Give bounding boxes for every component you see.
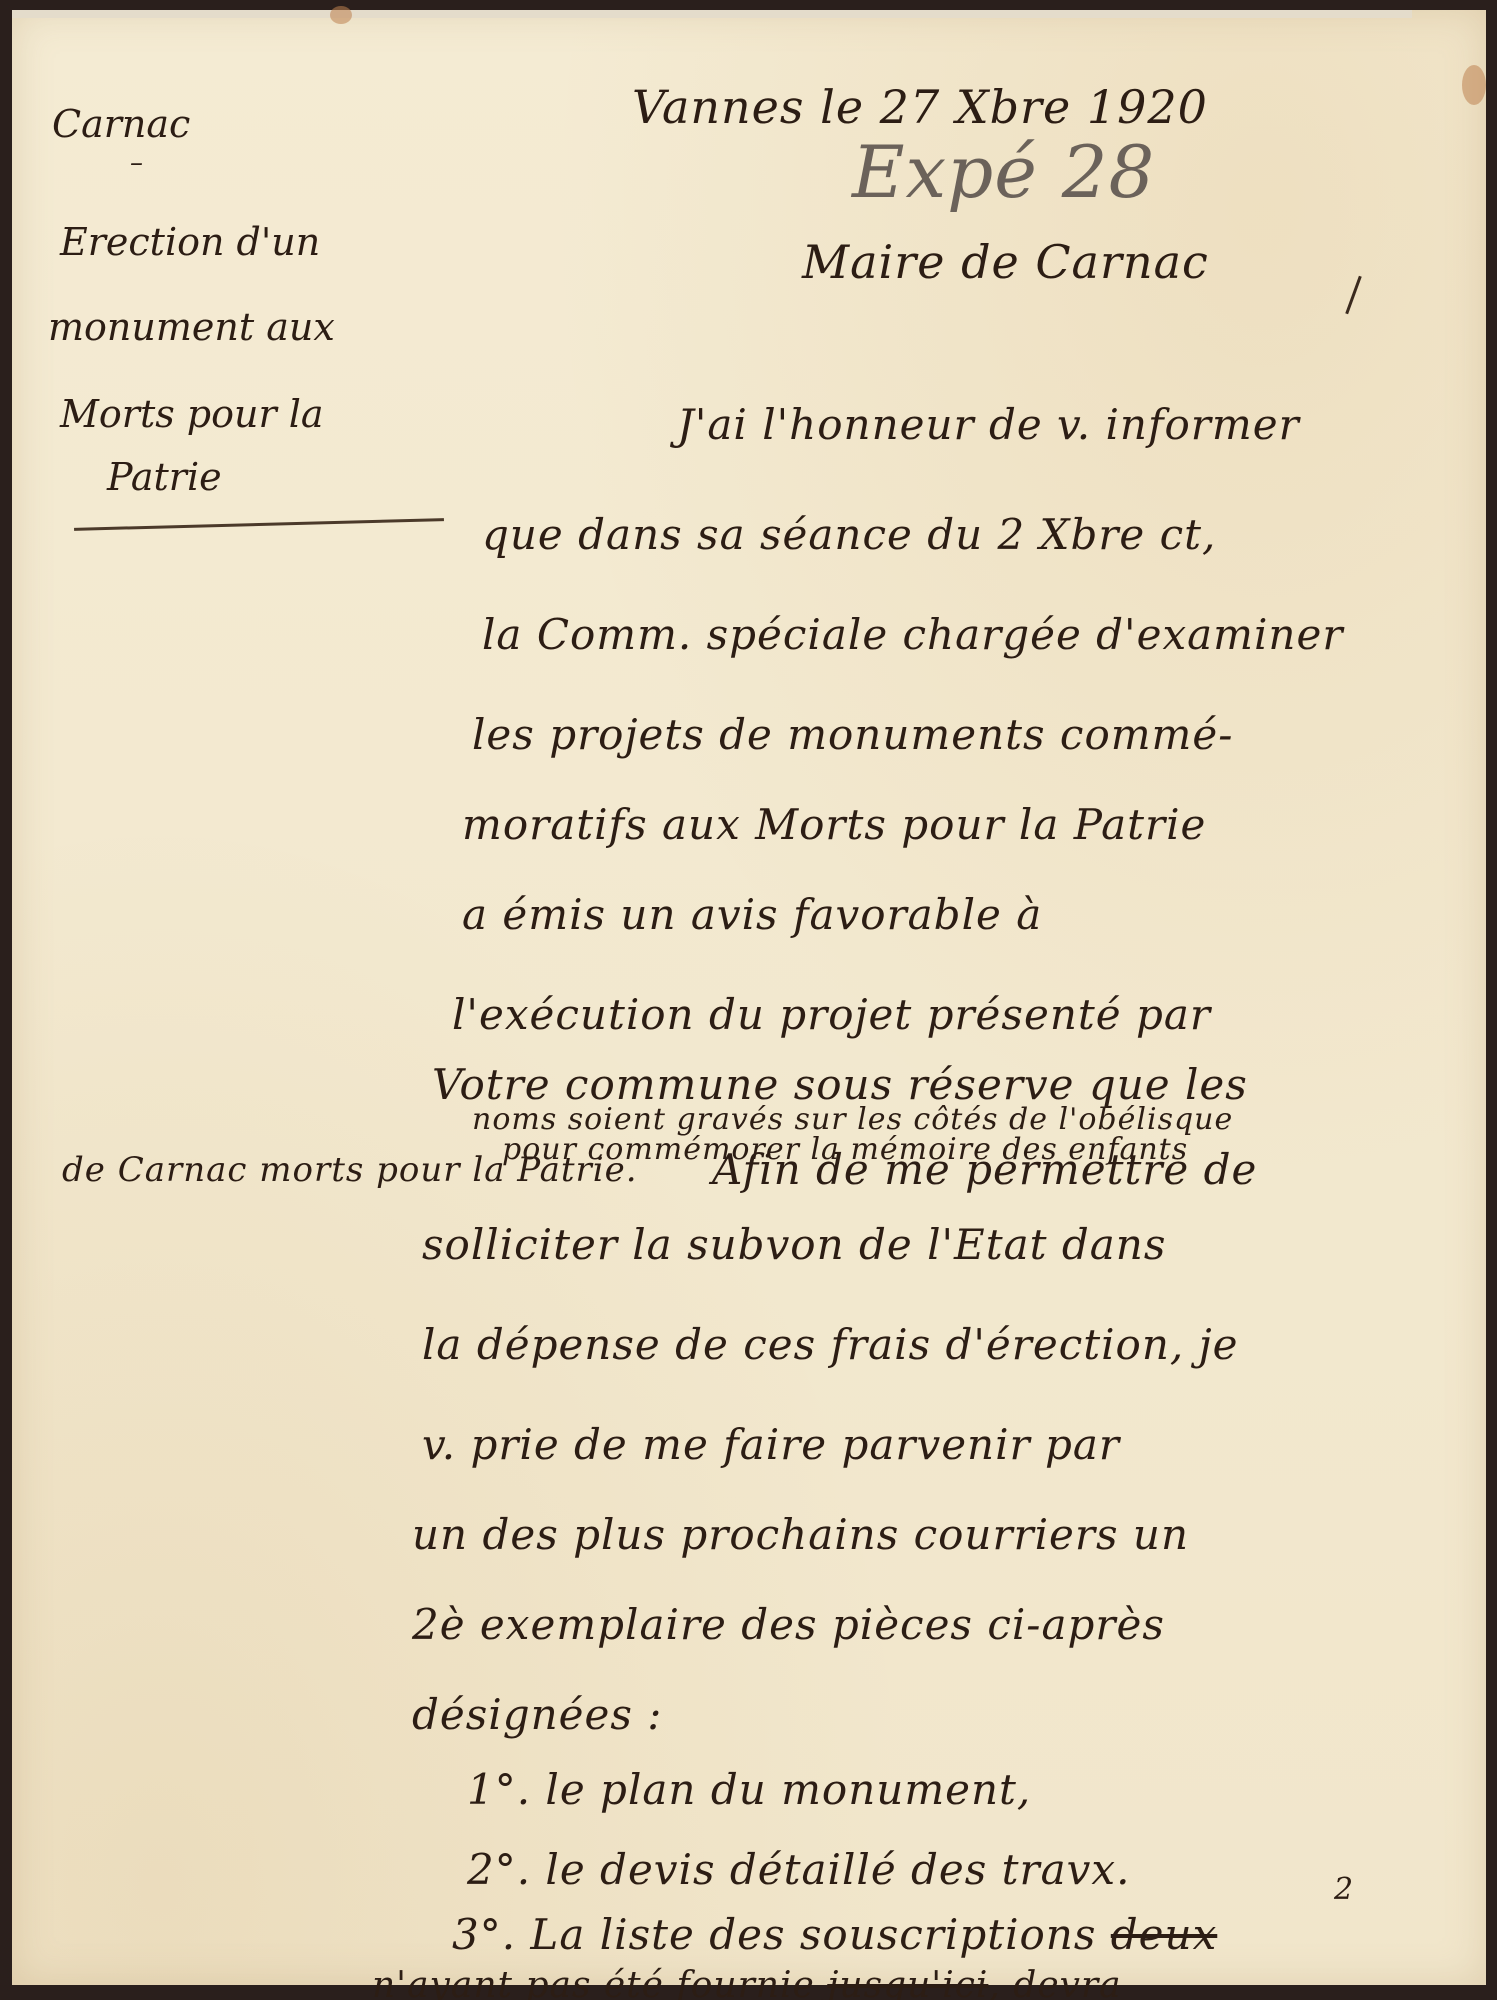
last-line-prefix: n'ayant pas été fournie [372, 1965, 815, 2000]
body-line-4: les projets de monuments commé- [472, 710, 1233, 759]
margin-insertion: de Carnac morts pour la Patrie. [62, 1150, 638, 1190]
tick-mark [1345, 276, 1362, 315]
body-line-12: un des plus prochains courriers un [412, 1510, 1189, 1559]
pencil-annotation: Expé 28 [852, 130, 1155, 214]
body-line-1: J'ai l'honneur de v. informer [677, 400, 1300, 449]
margin-subject-1: Erection d'un [60, 223, 320, 261]
body-line-2: que dans sa séance du 2 Xbre ct, [482, 510, 1216, 559]
body-line-10: la dépense de ces frais d'érection, je [422, 1320, 1238, 1369]
body-continuation: Afin de me permettre de [712, 1145, 1257, 1194]
body-line-7: l'exécution du projet présenté par [452, 990, 1211, 1039]
last-line-strike: jusqu'ici [827, 1965, 988, 2000]
body-line-3: la Comm. spéciale chargée d'examiner [482, 610, 1343, 659]
renumber-mark: 2 [1334, 1872, 1354, 1907]
list-item-3: 3°. La liste des souscriptions deux [452, 1910, 1217, 1959]
margin-place: Carnac [52, 105, 190, 143]
paper-top-edge [12, 10, 1412, 18]
list-item-1: 1°. le plan du monument, [467, 1765, 1031, 1814]
body-line-11: v. prie de me faire parvenir par [422, 1420, 1120, 1469]
margin-dash: – [130, 150, 143, 176]
body-line-14: désignées : [412, 1690, 662, 1739]
list-item-2: 2°. le devis détaillé des travx. [467, 1845, 1130, 1894]
body-line-9: solliciter la subvon de l'Etat dans [422, 1220, 1166, 1269]
body-line-6: a émis un avis favorable à [462, 890, 1042, 939]
body-line-13: 2è exemplaire des pièces ci-après [412, 1600, 1165, 1649]
list-item-3-strike: deux [1111, 1910, 1217, 1959]
list-item-3-text: 3°. La liste des souscriptions [452, 1910, 1096, 1959]
margin-divider [74, 518, 444, 531]
margin-subject-4: Patrie [107, 458, 222, 496]
addressee: Maire de Carnac [802, 235, 1209, 289]
margin-subject-3: Morts pour la [60, 395, 324, 433]
last-line: n'ayant pas été fournie jusqu'ici, devra [372, 1965, 1122, 2000]
stain-right [1462, 65, 1486, 105]
margin-subject-2: monument aux [48, 308, 335, 346]
last-line-suffix: , devra [988, 1965, 1121, 2000]
place-date: Vannes le 27 Xbre 1920 [632, 80, 1208, 134]
letter-sheet: Carnac – Erection d'un monument aux Mort… [12, 10, 1486, 1985]
body-line-5: moratifs aux Morts pour la Patrie [462, 800, 1206, 849]
stain-top [330, 6, 352, 24]
